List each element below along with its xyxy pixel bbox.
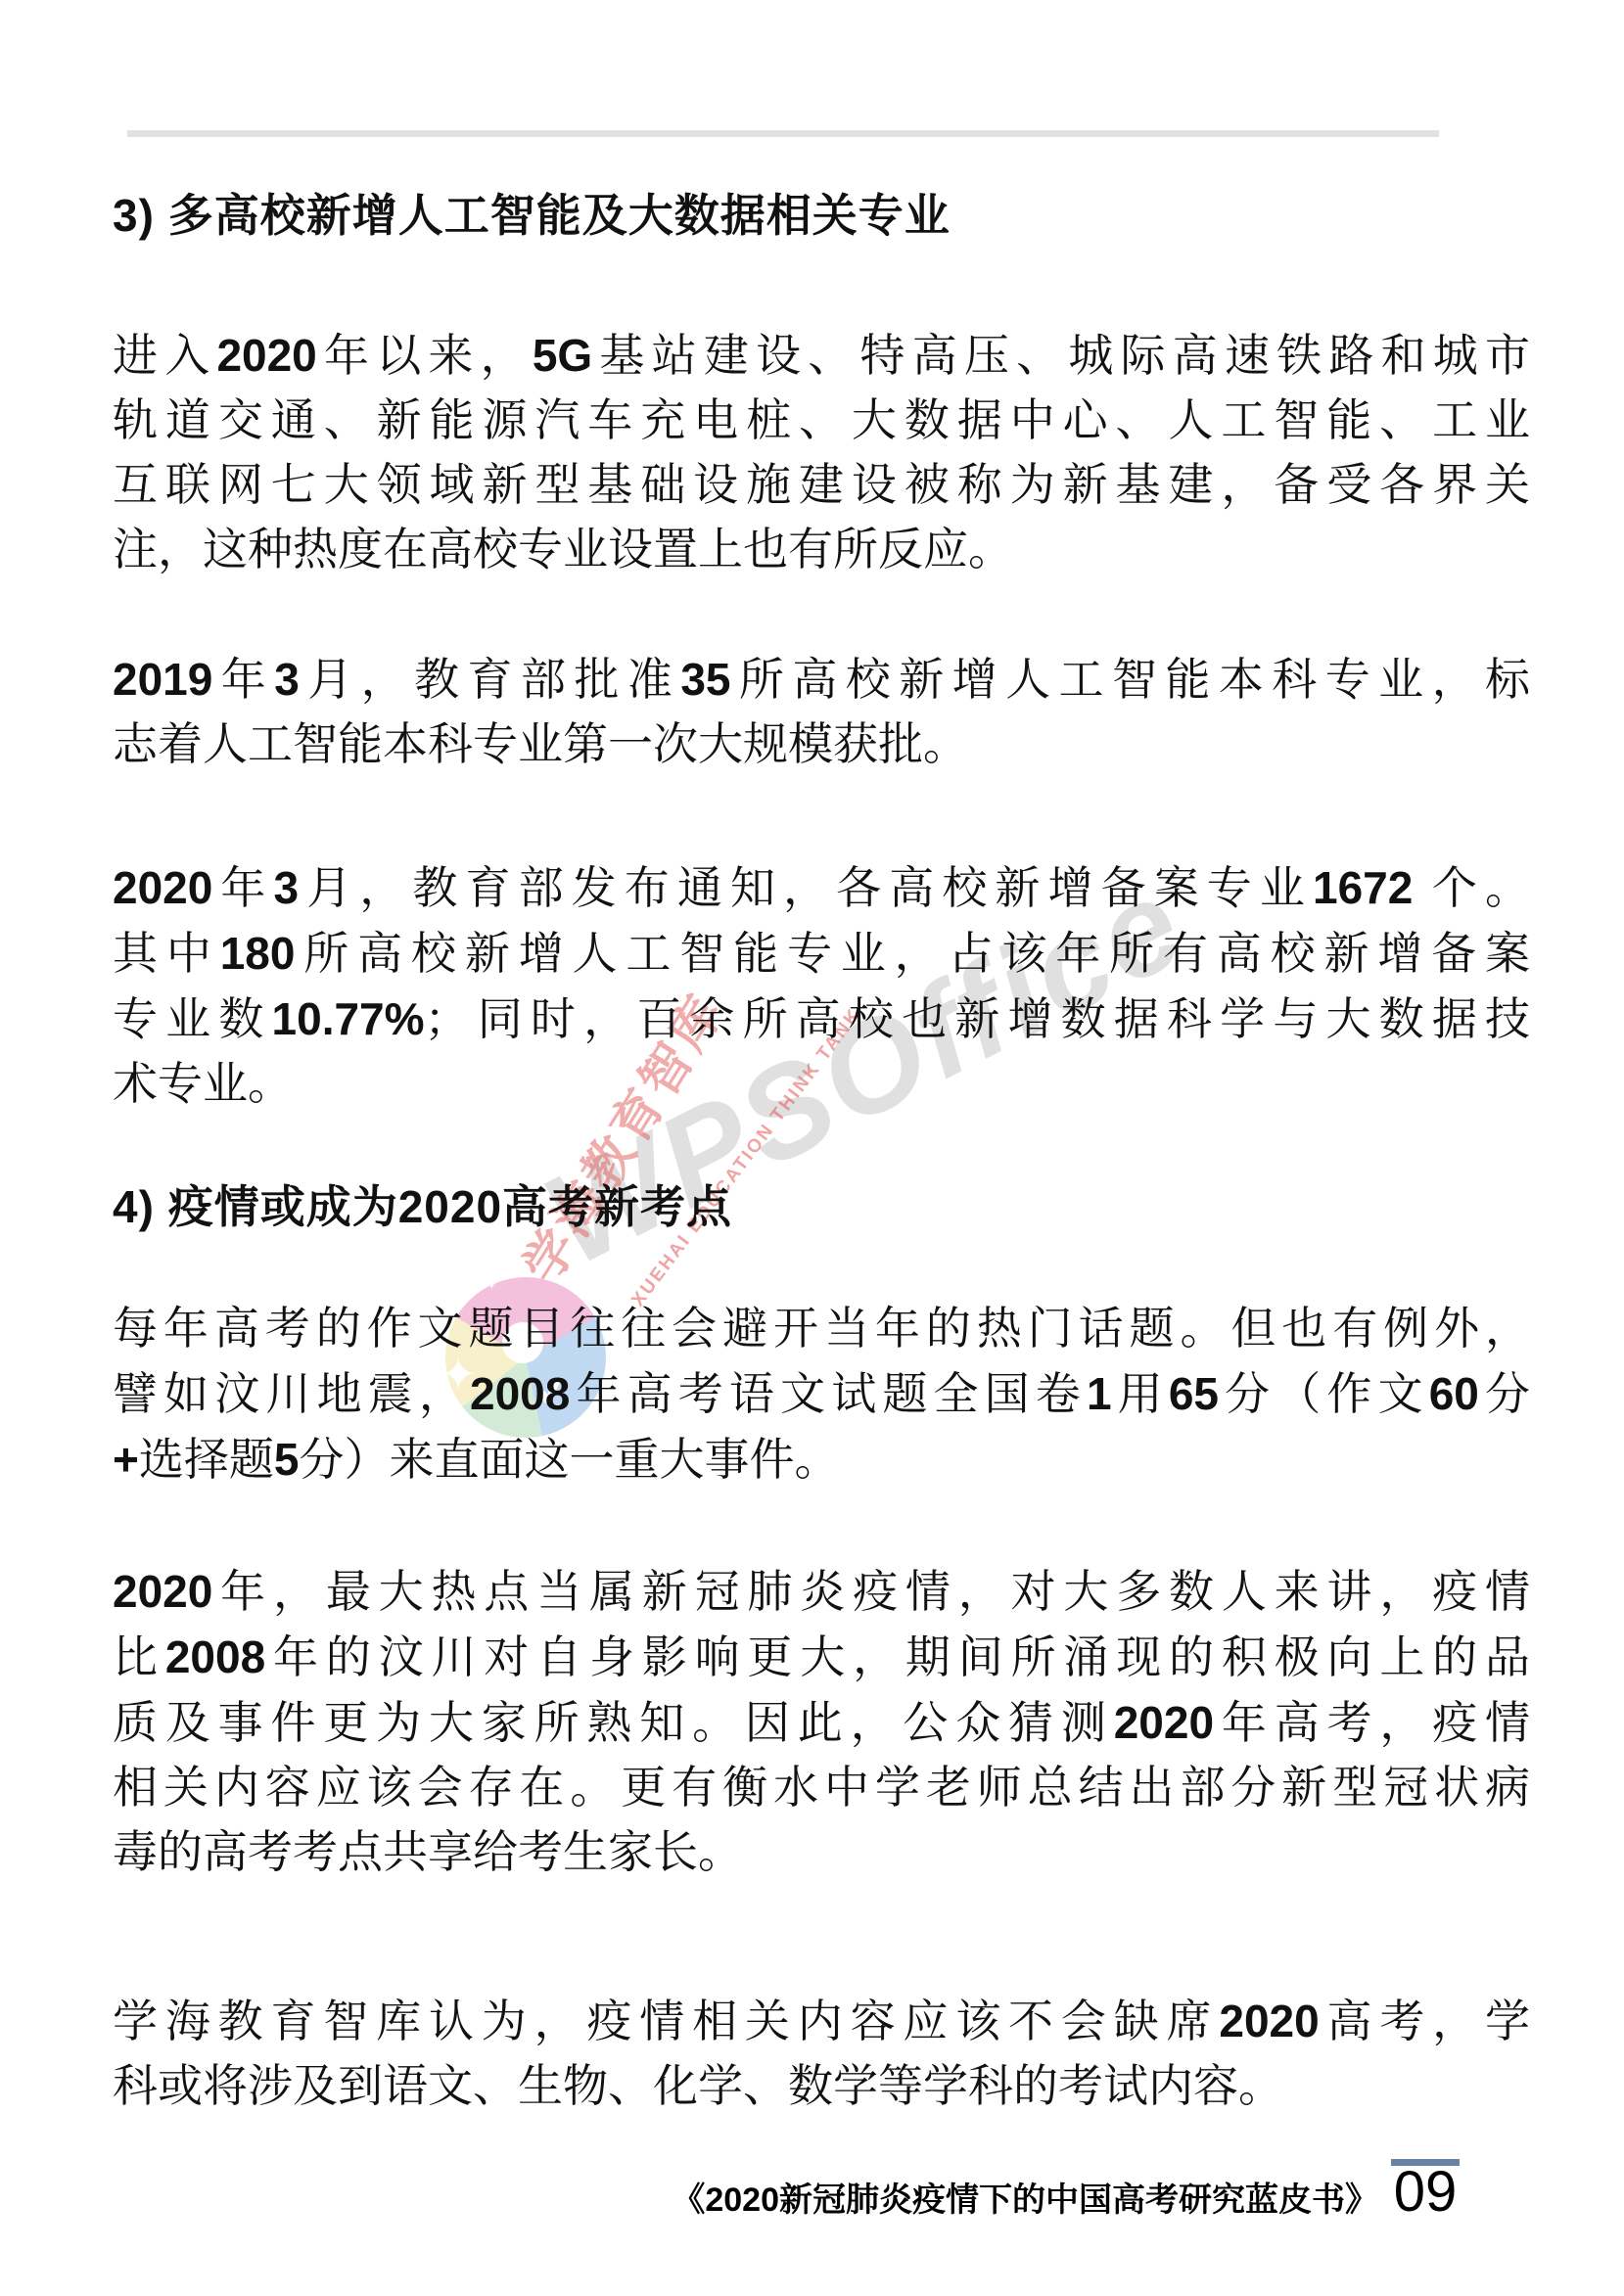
text-line: 2019年3月，教育部批准35所高校新增人工智能本科专业，标 [113,647,1530,712]
latin-run: 10.77% [272,993,425,1044]
latin-run: 2008 [470,1368,570,1419]
latin-run: 5 [274,1434,300,1485]
text-line: 质及事件更为大家所熟知。因此，公众猜测2020年高考，疫情 [113,1690,1530,1756]
text-line: 术专业。 [113,1052,1530,1117]
text-line: 专业数10.77%；同时，百余所高校也新增数据科学与大数据技 [113,987,1530,1052]
latin-run: 1 [1087,1368,1112,1419]
latin-run: 2020 [1219,1996,1319,2046]
body-paragraph: 2020年3月，教育部发布通知，各高校新增备案专业1672 个。其中180所高校… [113,855,1530,1117]
header-rule [127,130,1439,137]
latin-run: 2020 [113,1566,212,1617]
latin-run: 5G [533,330,592,381]
latin-run: 3 [274,862,300,913]
latin-run: 3 [274,654,300,705]
latin-run: 35 [680,654,730,705]
latin-run: + [113,1434,139,1485]
text-line: 轨道交通、新能源汽车充电桩、大数据中心、人工智能、工业 [113,389,1530,453]
latin-run: 4 [113,1181,139,1232]
body-paragraph: 2019年3月，教育部批准35所高校新增人工智能本科专业，标志着人工智能本科专业… [113,647,1530,777]
text-line: 进入2020年以来，5G基站建设、特高压、城际高速铁路和城市 [113,323,1530,389]
text-line: 2020年，最大热点当属新冠肺炎疫情，对大多数人来讲，疫情 [113,1559,1530,1625]
text-line: 注，这种热度在高校专业设置上也有所反应。 [113,518,1530,582]
text-line: 科或将涉及到语文、生物、化学、数学等学科的考试内容。 [113,2054,1530,2119]
latin-run: 3 [113,190,139,241]
page-number: 09 [1391,2163,1460,2222]
latin-run: 1672 [1313,862,1413,913]
document-page: ✦ ✔ ✦ WPSOffice 学海教育智库 XUEHAI EDUCATION … [0,0,1624,2296]
text-line: 毒的高考考点共享给考生家长。 [113,1820,1530,1885]
text-line: 譬如汶川地震，2008年高考语文试题全国卷1用65分（作文60分 [113,1361,1530,1427]
latin-run: 2020 [398,1181,502,1232]
latin-run: 2020 [113,862,212,913]
text-line: 相关内容应该会存在。更有衡水中学老师总结出部分新型冠状病 [113,1756,1530,1820]
book-title: 《2020新冠肺炎疫情下的中国高考研究蓝皮书》 [113,2179,1378,2222]
section-heading: 4) 疫情或成为2020高考新考点 [113,1179,1530,1234]
body-paragraph: 2020年，最大热点当属新冠肺炎疫情，对大多数人来讲，疫情比2008年的汶川对自… [113,1559,1530,1885]
text-line: 互联网七大领域新型基础设施建设被称为新基建，备受各界关 [113,453,1530,518]
text-line: 2020年3月，教育部发布通知，各高校新增备案专业1672 个。 [113,855,1530,921]
latin-run: 60 [1429,1368,1479,1419]
body-paragraph: 进入2020年以来，5G基站建设、特高压、城际高速铁路和城市轨道交通、新能源汽车… [113,323,1530,582]
latin-run: 2020 [1114,1697,1214,1748]
latin-run: 65 [1169,1368,1219,1419]
body-paragraph: 每年高考的作文题目往往会避开当年的热门话题。但也有例外，譬如汶川地震，2008年… [113,1297,1530,1492]
body-paragraph: 学海教育智库认为，疫情相关内容应该不会缺席2020高考，学科或将涉及到语文、生物… [113,1989,1530,2119]
text-line: 其中180所高校新增人工智能专业，占该年所有高校新增备案 [113,921,1530,987]
text-line: 比2008年的汶川对自身影响更大，期间所涌现的积极向上的品 [113,1625,1530,1690]
text-line: 志着人工智能本科专业第一次大规模获批。 [113,712,1530,777]
text-line: +选择题5分）来直面这一重大事件。 [113,1427,1530,1492]
latin-run: 2008 [165,1631,265,1682]
latin-run: 180 [220,928,296,979]
latin-run: 2019 [113,654,212,705]
text-line: 每年高考的作文题目往往会避开当年的热门话题。但也有例外， [113,1297,1530,1361]
text-line: 学海教育智库认为，疫情相关内容应该不会缺席2020高考，学 [113,1989,1530,2054]
latin-run: 2020 [216,330,316,381]
section-heading: 3) 多高校新增人工智能及大数据相关专业 [113,188,1530,243]
document-content: 3) 多高校新增人工智能及大数据相关专业进入2020年以来，5G基站建设、特高压… [113,137,1530,2119]
